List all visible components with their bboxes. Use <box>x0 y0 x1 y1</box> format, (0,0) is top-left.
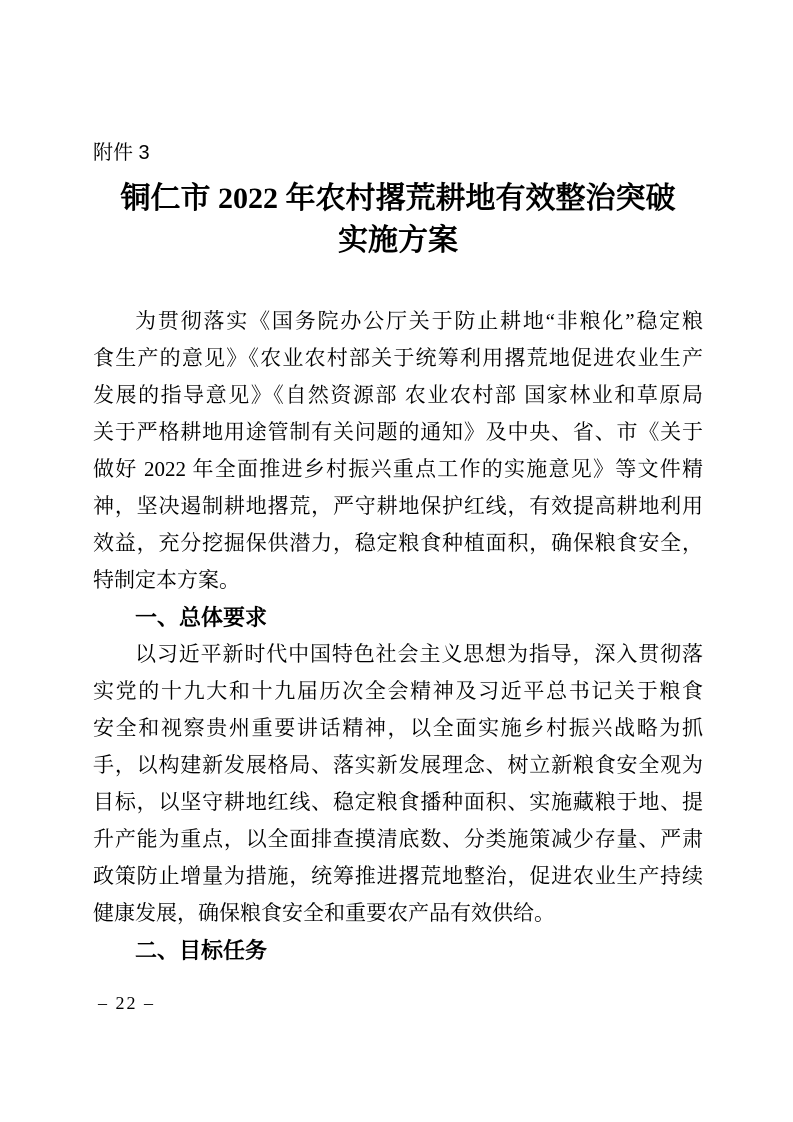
text-line: 效益，充分挖掘保供潜力，稳定粮食种植面积，确保粮食安全， <box>93 525 703 562</box>
text-line: 健康发展，确保粮食安全和重要农产品有效供给。 <box>93 895 703 932</box>
text-line: 发展的指导意见》《自然资源部 农业农村部 国家林业和草原局 <box>93 377 703 414</box>
paragraph-2: 以习近平新时代中国特色社会主义思想为指导，深入贯彻落 实党的十九大和十九届历次全… <box>93 636 703 932</box>
text-line: 安全和视察贵州重要讲话精神，以全面实施乡村振兴战略为抓 <box>93 710 703 747</box>
text-line: 目标，以坚守耕地红线、稳定粮食播种面积、实施藏粮于地、提 <box>93 784 703 821</box>
text-line: 神，坚决遏制耕地撂荒，严守耕地保护红线，有效提高耕地利用 <box>93 488 703 525</box>
section-heading-1: 一、总体要求 <box>93 599 703 636</box>
text-line: 特制定本方案。 <box>93 562 703 599</box>
paragraph-1: 为贯彻落实《国务院办公厅关于防止耕地“非粮化”稳定粮 食生产的意见》《农业农村部… <box>93 303 703 599</box>
document-title-line-1: 铜仁市 2022 年农村撂荒耕地有效整治突破 <box>93 178 703 220</box>
text-line: 以习近平新时代中国特色社会主义思想为指导，深入贯彻落 <box>93 636 703 673</box>
text-line: 手，以构建新发展格局、落实新发展理念、树立新粮食安全观为 <box>93 747 703 784</box>
attachment-label: 附件 3 <box>93 140 703 166</box>
document-title-line-2: 实施方案 <box>93 220 703 262</box>
text-line: 做好 2022 年全面推进乡村振兴重点工作的实施意见》等文件精 <box>93 451 703 488</box>
section-heading-2: 二、目标任务 <box>93 932 703 969</box>
text-line: 关于严格耕地用途管制有关问题的通知》及中央、省、市《关于 <box>93 414 703 451</box>
document-title: 铜仁市 2022 年农村撂荒耕地有效整治突破 实施方案 <box>93 178 703 262</box>
text-line: 政策防止增量为措施，统筹推进撂荒地整治，促进农业生产持续 <box>93 858 703 895</box>
text-line: 食生产的意见》《农业农村部关于统筹利用撂荒地促进农业生产 <box>93 340 703 377</box>
document-page: 附件 3 铜仁市 2022 年农村撂荒耕地有效整治突破 实施方案 为贯彻落实《国… <box>0 0 793 1122</box>
page-number: – 22 – <box>98 992 155 1014</box>
text-line: 为贯彻落实《国务院办公厅关于防止耕地“非粮化”稳定粮 <box>93 303 703 340</box>
text-line: 实党的十九大和十九届历次全会精神及习近平总书记关于粮食 <box>93 673 703 710</box>
text-line: 升产能为重点，以全面排查摸清底数、分类施策减少存量、严肃 <box>93 821 703 858</box>
